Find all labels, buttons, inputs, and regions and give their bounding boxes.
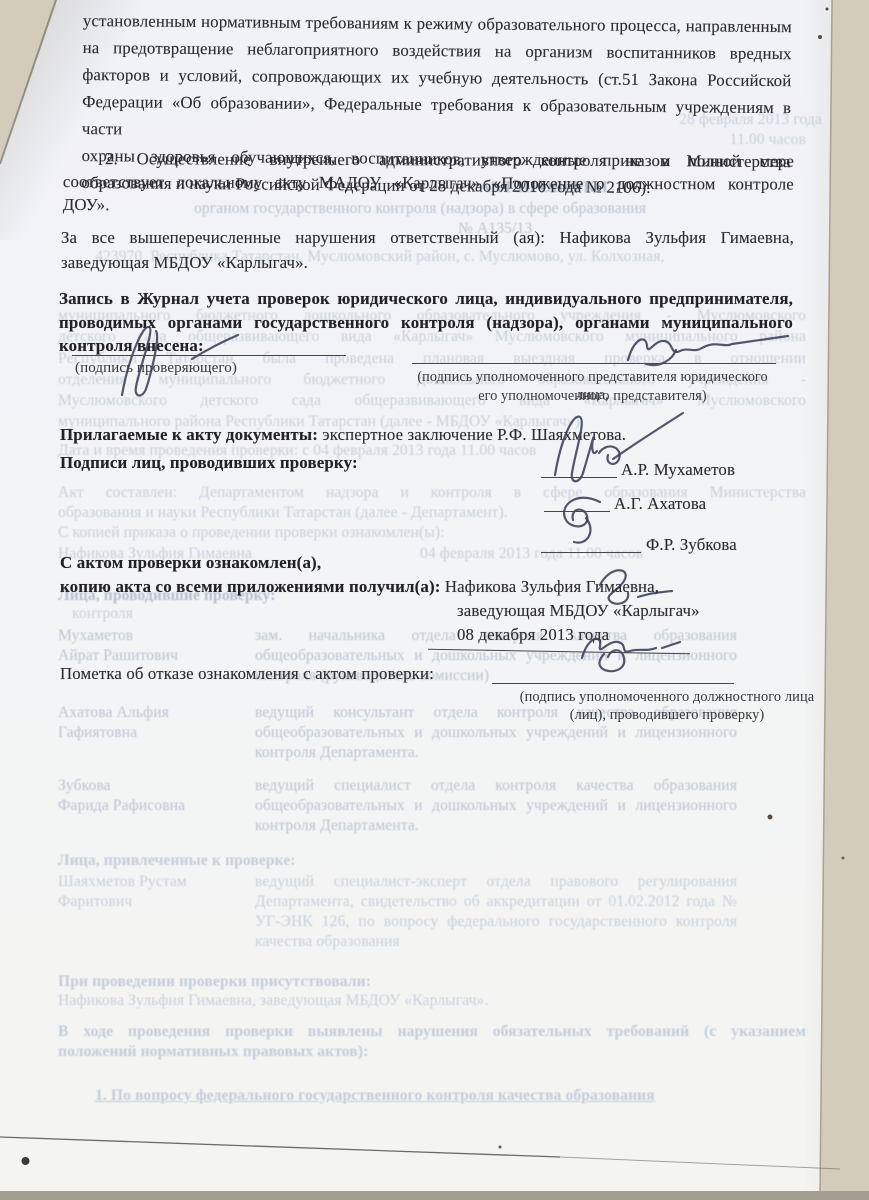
signer2-name: А.Г. Ахатова bbox=[614, 492, 706, 516]
inspector-signature-handwriting bbox=[92, 315, 262, 400]
scanned-inspection-act-page: { "document": { "p1_lines": [ "установле… bbox=[0, 0, 869, 1200]
refusal-caption-2: (лиц), проводившего проверку) bbox=[512, 706, 822, 724]
signer2-line bbox=[544, 511, 610, 512]
document-text-layer: установленным нормативным требованиям к … bbox=[0, 0, 869, 1200]
signer1-line bbox=[541, 477, 617, 478]
signer1-name: А.Р. Мухаметов bbox=[621, 458, 735, 482]
signer3-name: Ф.Р. Зубкова bbox=[646, 533, 737, 557]
ack-recipient-title: заведующая МБДОУ «Карлыгач» bbox=[457, 599, 700, 623]
ack-line2-label: копию акта со всеми приложениями получил… bbox=[60, 577, 441, 596]
attachments-label: Прилагаемые к акту документы: bbox=[60, 425, 318, 444]
refusal-label: Пометка об отказе ознакомления с актом п… bbox=[60, 662, 434, 686]
refusal-caption-1: (подпись уполномоченного должностного ли… bbox=[512, 688, 822, 706]
paragraph-responsible: За все вышеперечисленные нарушения ответ… bbox=[61, 225, 794, 275]
signer3-line bbox=[541, 552, 641, 553]
ack-line1: С актом проверки ознакомлен(а), bbox=[60, 551, 321, 575]
inspector-signature-line bbox=[72, 355, 346, 356]
representative-signature-line bbox=[412, 363, 776, 364]
paragraph-item2: 2. Осуществление внутреннего администрат… bbox=[63, 147, 794, 219]
ack-recipient-name: Нафикова Зульфия Гимаевна, bbox=[445, 577, 659, 596]
signers-label: Подписи лиц, проводивших проверку: bbox=[60, 451, 358, 475]
signer2-signature-handwriting bbox=[546, 488, 616, 550]
refusal-line bbox=[492, 683, 734, 684]
representative-signature-caption-2: его уполномоченного представителя) bbox=[405, 387, 780, 405]
ack-line2: копию акта со всеми приложениями получил… bbox=[60, 575, 805, 599]
inspector-signature-caption: (подпись проверяющего) bbox=[75, 359, 237, 377]
